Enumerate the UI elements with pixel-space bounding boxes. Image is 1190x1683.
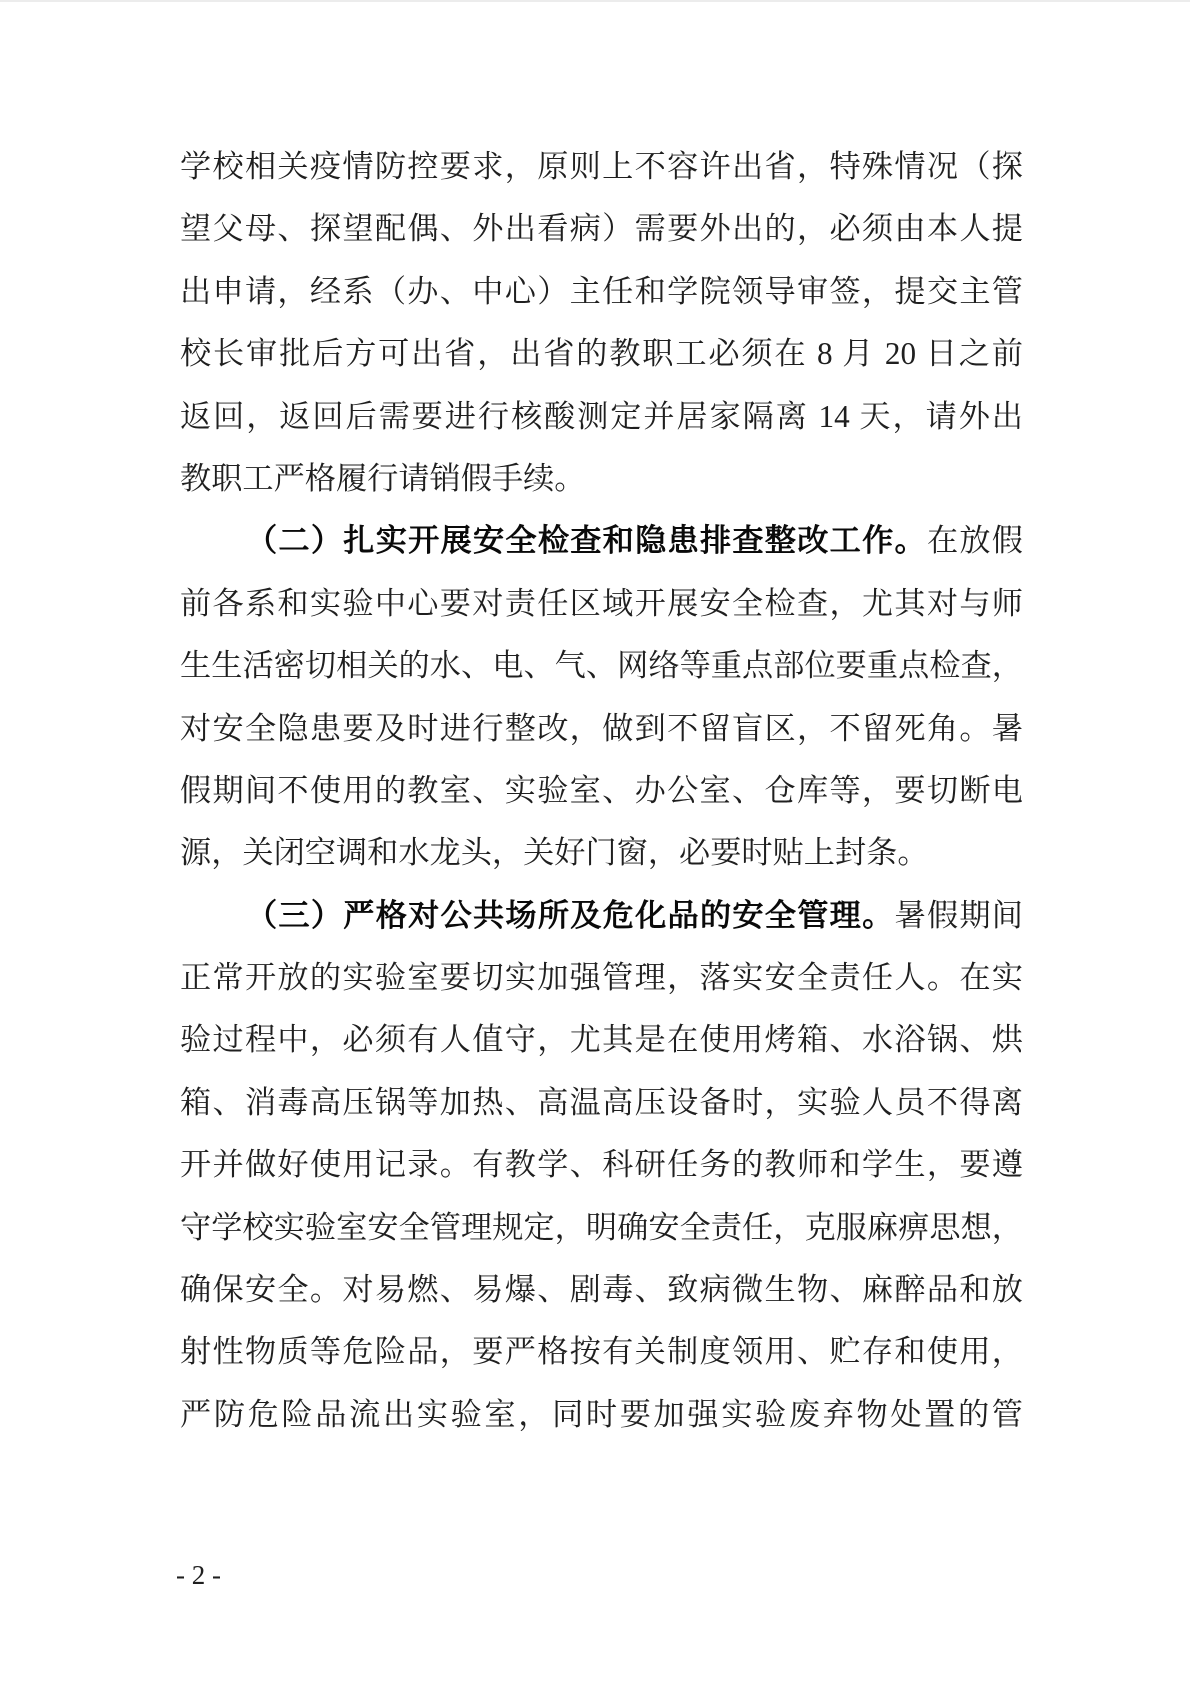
text-line: 学校相关疫情防控要求，原则上不容许出省，特殊情况（探 [180,136,1023,198]
text-line: 假期间不使用的教室、实验室、办公室、仓库等，要切断电 [180,760,1023,822]
page-number: - 2 - [176,1560,221,1591]
paragraph-section-3: （三）严格对公共场所及危化品的安全管理。暑假期间 正常开放的实验室要切实加强管理… [180,885,1023,1447]
paragraph-continuation: 学校相关疫情防控要求，原则上不容许出省，特殊情况（探 望父母、探望配偶、外出看病… [180,136,1023,510]
line-text: 在放假 [927,523,1023,558]
line-text: 学校相关疫情防控要求，原则上不容许出省，特殊情况（探 [180,149,1023,184]
text-line: 生生活密切相关的水、电、气、网络等重点部位要重点检查， [180,635,1023,697]
text-line: 开并做好使用记录。有教学、科研任务的教师和学生，要遵 [180,1134,1023,1196]
text-line: 严防危险品流出实验室，同时要加强实验废弃物处置的管 [180,1384,1023,1446]
scan-edge-line [0,0,1190,2]
document-body: 学校相关疫情防控要求，原则上不容许出省，特殊情况（探 望父母、探望配偶、外出看病… [180,136,1023,1446]
section-3-heading: （三）严格对公共场所及危化品的安全管理。 [246,898,895,933]
text-line: 前各系和实验中心要对责任区域开展安全检查，尤其对与师 [180,573,1023,635]
line-text: 暑假期间 [895,898,1023,933]
text-line: 守学校实验室安全管理规定，明确安全责任，克服麻痹思想， [180,1197,1023,1259]
text-line: （三）严格对公共场所及危化品的安全管理。暑假期间 [180,885,1023,947]
section-2-heading: （二）扎实开展安全检查和隐患排查整改工作。 [246,523,927,558]
text-line: 教职工严格履行请销假手续。 [180,448,1023,510]
document-page: 学校相关疫情防控要求，原则上不容许出省，特殊情况（探 望父母、探望配偶、外出看病… [0,0,1190,1683]
text-line: 望父母、探望配偶、外出看病）需要外出的，必须由本人提 [180,198,1023,260]
text-line: 正常开放的实验室要切实加强管理，落实安全责任人。在实 [180,947,1023,1009]
text-line: （二）扎实开展安全检查和隐患排查整改工作。在放假 [180,510,1023,572]
paragraph-section-2: （二）扎实开展安全检查和隐患排查整改工作。在放假 前各系和实验中心要对责任区域开… [180,510,1023,884]
text-line: 校长审批后方可出省，出省的教职工必须在 8 月 20 日之前 [180,323,1023,385]
text-line: 验过程中，必须有人值守，尤其是在使用烤箱、水浴锅、烘 [180,1009,1023,1071]
text-line: 箱、消毒高压锅等加热、高温高压设备时，实验人员不得离 [180,1072,1023,1134]
text-line: 对安全隐患要及时进行整改，做到不留盲区，不留死角。暑 [180,698,1023,760]
text-line: 确保安全。对易燃、易爆、剧毒、致病微生物、麻醉品和放 [180,1259,1023,1321]
text-line: 源，关闭空调和水龙头，关好门窗，必要时贴上封条。 [180,822,1023,884]
text-line: 射性物质等危险品，要严格按有关制度领用、贮存和使用， [180,1321,1023,1383]
text-line: 出申请，经系（办、中心）主任和学院领导审签，提交主管 [180,261,1023,323]
text-line: 返回，返回后需要进行核酸测定并居家隔离 14 天，请外出 [180,386,1023,448]
